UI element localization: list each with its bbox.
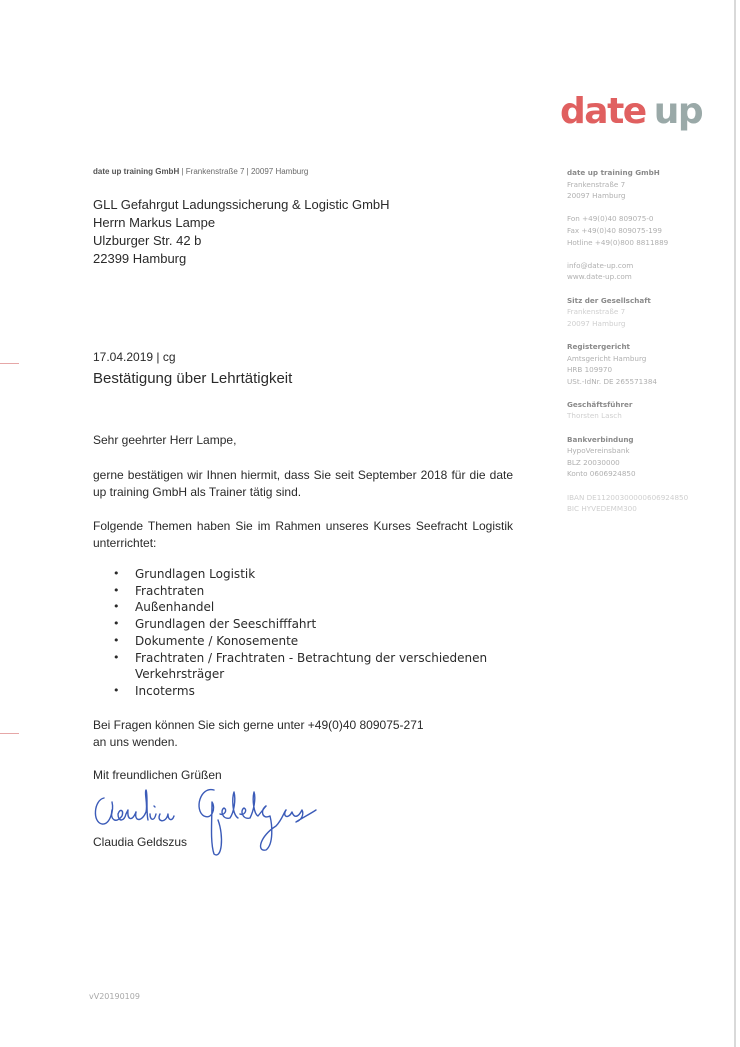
sidebar-seat-heading: Sitz der Gesellschaft — [567, 295, 727, 307]
sidebar-web: info@date-up.com www.date-up.com — [567, 260, 727, 283]
sender-company: date up training GmbH — [93, 167, 179, 176]
recipient-line: GLL Gefahrgut Ladungssicherung & Logisti… — [93, 196, 390, 214]
sidebar-company-street: Frankenstraße 7 — [567, 179, 727, 191]
company-logo: dateup — [560, 92, 702, 132]
sidebar-bic-value: BIC HYVEDEMM300 — [567, 503, 727, 515]
sidebar-company: date up training GmbH Frankenstraße 7 20… — [567, 167, 727, 202]
sidebar-bank-blz: BLZ 20030000 — [567, 457, 727, 469]
sidebar-bank-heading: Bankverbindung — [567, 434, 727, 446]
list-item: Frachtraten — [113, 583, 493, 600]
paragraph-confirmation: gerne bestätigen wir Ihnen hiermit, dass… — [93, 467, 513, 501]
recipient-address: GLL Gefahrgut Ladungssicherung & Logisti… — [93, 196, 390, 268]
sidebar-management: Geschäftsführer Thorsten Lasch — [567, 399, 727, 422]
list-item: Frachtraten / Frachtraten - Betrachtung … — [113, 650, 493, 683]
sidebar-bank-account: Konto 0606924850 — [567, 468, 727, 480]
letter-subject: Bestätigung über Lehrtätigkeit — [93, 370, 292, 387]
sidebar-phone: Fon +49(0)40 809075-0 — [567, 213, 727, 225]
recipient-line: 22399 Hamburg — [93, 250, 390, 268]
logo-part-date: date — [560, 91, 646, 132]
sidebar-seat-street: Frankenstraße 7 — [567, 306, 727, 318]
list-item: Incoterms — [113, 683, 493, 700]
sidebar-register-heading: Registergericht — [567, 341, 727, 353]
fold-mark — [0, 363, 19, 364]
paragraph-topics-intro: Folgende Themen haben Sie im Rahmen unse… — [93, 518, 513, 552]
sidebar-hotline: Hotline +49(0)800 8811889 — [567, 237, 727, 249]
letter-date-reference: 17.04.2019 | cg — [93, 350, 176, 364]
sidebar-register-vat: USt.-IdNr. DE 265571384 — [567, 376, 727, 388]
sidebar-register: Registergericht Amtsgericht Hamburg HRB … — [567, 341, 727, 387]
sidebar-seat: Sitz der Gesellschaft Frankenstraße 7 20… — [567, 295, 727, 330]
list-item: Grundlagen Logistik — [113, 566, 493, 583]
sidebar-fax: Fax +49(0)40 809075-199 — [567, 225, 727, 237]
sidebar-bank: Bankverbindung HypoVereinsbank BLZ 20030… — [567, 434, 727, 480]
page-edge — [734, 0, 736, 1047]
sender-address: | Frankenstraße 7 | 20097 Hamburg — [181, 167, 308, 176]
sidebar-register-hrb: HRB 109970 — [567, 364, 727, 376]
recipient-line: Ulzburger Str. 42 b — [93, 232, 390, 250]
contact-line-continued: an uns wenden. — [93, 734, 513, 751]
sidebar-iban-value: IBAN DE11200300000606924850 — [567, 492, 727, 504]
salutation: Sehr geehrter Herr Lampe, — [93, 432, 513, 449]
fold-mark — [0, 733, 19, 734]
sidebar-contact: Fon +49(0)40 809075-0 Fax +49(0)40 80907… — [567, 213, 727, 248]
sidebar-company-city: 20097 Hamburg — [567, 190, 727, 202]
signer-name: Claudia Geldszus — [93, 835, 187, 849]
recipient-line: Herrn Markus Lampe — [93, 214, 390, 232]
contact-line: Bei Fragen können Sie sich gerne unter +… — [93, 717, 513, 734]
sidebar-iban: IBAN DE11200300000606924850 BIC HYVEDEMM… — [567, 492, 727, 515]
sidebar-company-name: date up training GmbH — [567, 167, 727, 179]
sidebar-seat-city: 20097 Hamburg — [567, 318, 727, 330]
logo-part-up: up — [654, 91, 702, 132]
list-item: Grundlagen der Seeschifffahrt — [113, 616, 493, 633]
list-item: Dokumente / Konosemente — [113, 633, 493, 650]
sidebar-bank-name: HypoVereinsbank — [567, 445, 727, 457]
sidebar-register-court: Amtsgericht Hamburg — [567, 353, 727, 365]
version-code: vV20190109 — [89, 992, 140, 1001]
sidebar-website: www.date-up.com — [567, 271, 727, 283]
company-info-sidebar: date up training GmbH Frankenstraße 7 20… — [567, 167, 727, 526]
sidebar-email: info@date-up.com — [567, 260, 727, 272]
sidebar-management-heading: Geschäftsführer — [567, 399, 727, 411]
sender-return-address: date up training GmbH | Frankenstraße 7 … — [93, 167, 308, 176]
topics-list: Grundlagen Logistik Frachtraten Außenhan… — [113, 566, 493, 700]
sidebar-management-name: Thorsten Lasch — [567, 410, 727, 422]
list-item: Außenhandel — [113, 599, 493, 616]
